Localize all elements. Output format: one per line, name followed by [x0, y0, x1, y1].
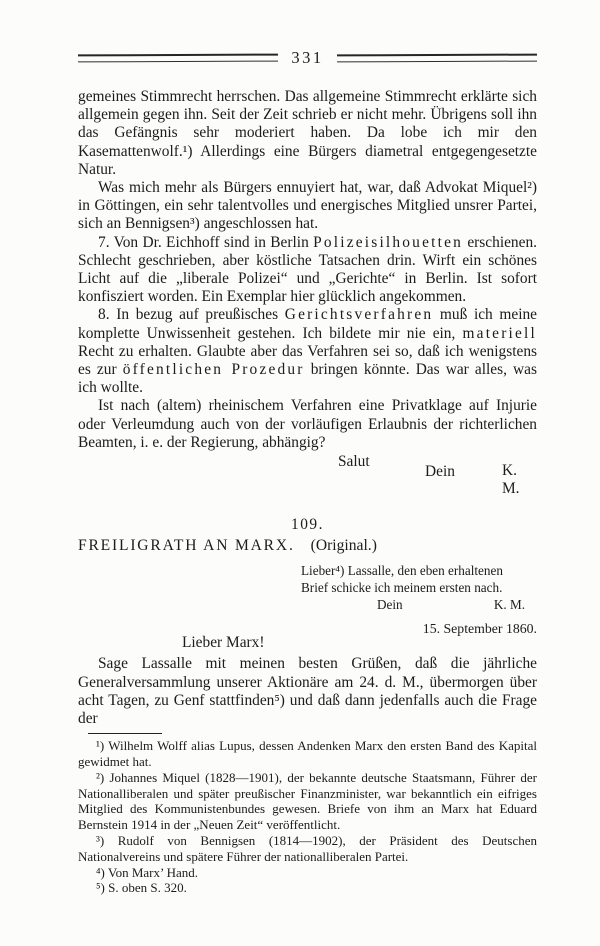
closing-salut: Salut — [338, 453, 370, 471]
header-rule-right — [337, 54, 537, 63]
footnote: ¹) Wilhelm Wolff alias Lupus, dessen And… — [78, 738, 537, 770]
letter-108-body: gemeines Stimmrecht herrschen. Das allge… — [78, 88, 537, 452]
text-segment: Ist nach (altem) rheinischem Verfahren e… — [78, 397, 537, 450]
paragraph: Was mich mehr als Bürgers ennuyiert hat,… — [78, 179, 537, 234]
paragraph: 8. In bezug auf preußisches Gerichtsverf… — [78, 306, 537, 397]
paragraph: 7. Von Dr. Eichhoff sind in Berlin Poliz… — [78, 234, 537, 307]
running-head: 331 — [78, 50, 537, 66]
note-signature: Dein K. M. — [301, 597, 537, 614]
page-number: 331 — [289, 48, 325, 68]
footnote: ³) Rudolf von Bennigsen (1814—1902), der… — [78, 833, 537, 865]
footnote: ²) Johannes Miquel (1828—1901), der beka… — [78, 770, 537, 833]
footnote: ⁵) S. oben S. 320. — [78, 880, 537, 896]
book-page: 331 gemeines Stimmrecht herrschen. Das a… — [0, 0, 600, 946]
letterspaced-text: materiell — [463, 325, 538, 342]
letterspaced-text: Gerichtsverfahren — [285, 306, 434, 323]
text-segment: gemeines Stimmrecht herrschen. Das allge… — [78, 88, 537, 178]
text-segment: 8. In bezug auf preußisches — [98, 306, 285, 323]
text-segment: Was mich mehr als Bürgers ennuyiert hat,… — [78, 179, 537, 232]
letterspaced-text: Polizeisilhouetten — [313, 234, 463, 251]
text-block: 331 gemeines Stimmrecht herrschen. Das a… — [78, 50, 537, 896]
text-segment: Sage Lassalle mit meinen besten Grüßen, … — [78, 655, 537, 727]
letterspaced-text: öffentlichen Prozedur — [123, 361, 305, 378]
footnotes: ¹) Wilhelm Wolff alias Lupus, dessen And… — [78, 738, 537, 896]
note-initials: K. M. — [494, 597, 525, 614]
paragraph: gemeines Stimmrecht herrschen. Das allge… — [78, 88, 537, 179]
closing-initials: K. M. — [502, 462, 537, 498]
note-line-2: Brief schicke ich meinem ersten nach. — [301, 580, 537, 597]
letter-salutation: Lieber Marx! — [182, 634, 537, 652]
letter-number: 109. — [78, 516, 537, 534]
paragraph: Ist nach (altem) rheinischem Verfahren e… — [78, 397, 537, 452]
letter-heading: FREILIGRATH AN MARX.(Original.) — [78, 537, 537, 555]
header-rule-left — [78, 54, 278, 63]
letter-heading-suffix: (Original.) — [311, 537, 377, 554]
marginal-note: Lieber⁴) Lassalle, den eben erhaltenen B… — [301, 563, 537, 613]
text-segment: 7. Von Dr. Eichhoff sind in Berlin — [98, 234, 313, 251]
paragraph: Sage Lassalle mit meinen besten Grüßen, … — [78, 655, 537, 728]
letter-109-body: Sage Lassalle mit meinen besten Grüßen, … — [78, 655, 537, 728]
closing-dein: Dein — [425, 463, 455, 481]
note-dein: Dein — [377, 597, 403, 614]
letter-heading-title: FREILIGRATH AN MARX. — [78, 537, 295, 554]
footnote-separator — [88, 733, 162, 734]
note-line-1: Lieber⁴) Lassalle, den eben erhaltenen — [301, 563, 537, 580]
letter-108-closing: Salut Dein K. M. — [78, 452, 537, 480]
footnote: ⁴) Von Marx’ Hand. — [78, 865, 537, 881]
